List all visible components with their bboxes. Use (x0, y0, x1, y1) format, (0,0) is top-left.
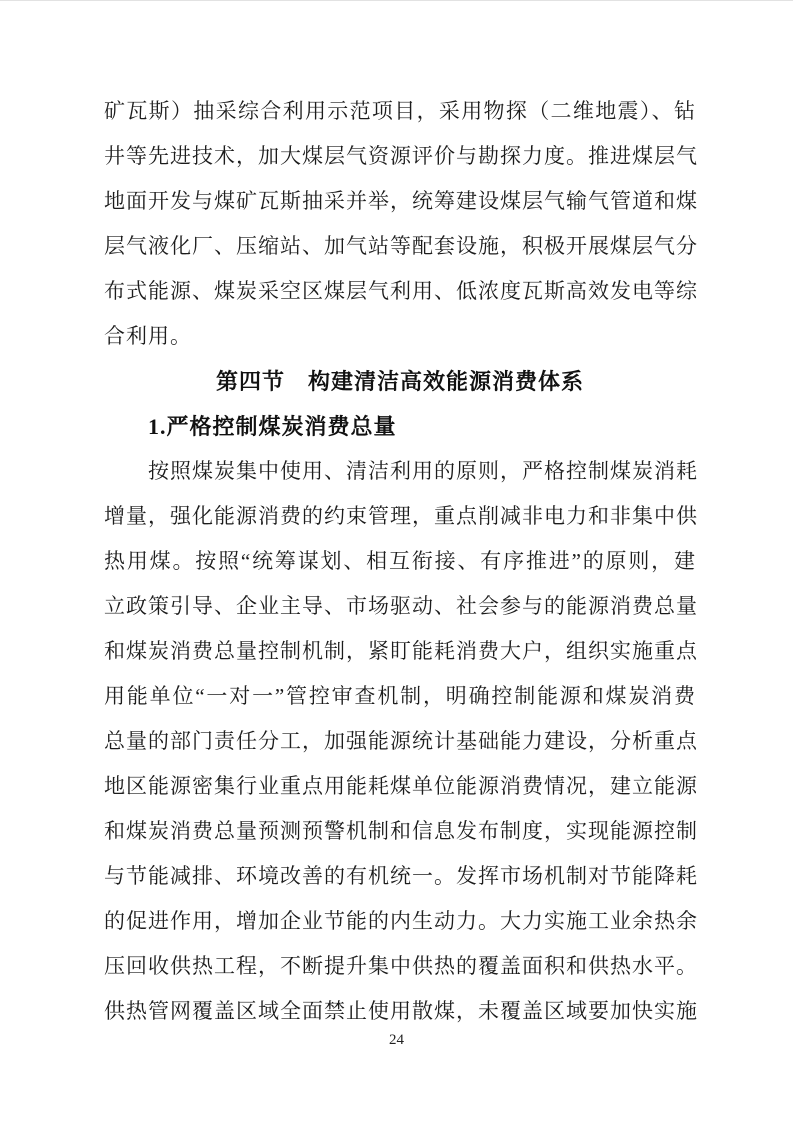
text-line: 布式能源、煤炭采空区煤层气利用、低浓度瓦斯高效发电等综 (104, 269, 696, 314)
text-line: 井等先进技术，加大煤层气资源评价与勘探力度。推进煤层气 (104, 134, 696, 179)
text-line: 和煤炭消费总量控制机制，紧盯能耗消费大户，组织实施重点 (104, 629, 696, 674)
text-line: 热用煤。按照“统筹谋划、相互衔接、有序推进”的原则，建 (104, 539, 696, 584)
text-line: 矿瓦斯）抽采综合利用示范项目，采用物探（二维地震）、钻 (104, 89, 696, 134)
text-line: 增量，强化能源消费的约束管理，重点削减非电力和非集中供 (104, 494, 696, 539)
text-line: 压回收供热工程，不断提升集中供热的覆盖面积和供热水平。 (104, 944, 696, 989)
text-line: 地面开发与煤矿瓦斯抽采并举，统筹建设煤层气输气管道和煤 (104, 179, 696, 224)
page-content: 矿瓦斯）抽采综合利用示范项目，采用物探（二维地震）、钻 井等先进技术，加大煤层气… (104, 89, 696, 1034)
text-line: 按照煤炭集中使用、清洁利用的原则，严格控制煤炭消耗 (104, 449, 696, 494)
text-line: 的促进作用，增加企业节能的内生动力。大力实施工业余热余 (104, 899, 696, 944)
text-line: 合利用。 (104, 314, 696, 359)
subsection-heading: 1.严格控制煤炭消费总量 (104, 404, 696, 449)
paragraph-continuation: 矿瓦斯）抽采综合利用示范项目，采用物探（二维地震）、钻 井等先进技术，加大煤层气… (104, 89, 696, 359)
section-heading: 第四节 构建清洁高效能源消费体系 (104, 359, 696, 404)
text-line: 与节能减排、环境改善的有机统一。发挥市场机制对节能降耗 (104, 854, 696, 899)
text-line: 层气液化厂、压缩站、加气站等配套设施，积极开展煤层气分 (104, 224, 696, 269)
text-line: 用能单位“一对一”管控审查机制，明确控制能源和煤炭消费 (104, 674, 696, 719)
page-number: 24 (0, 1032, 793, 1049)
paragraph-body: 按照煤炭集中使用、清洁利用的原则，严格控制煤炭消耗 增量，强化能源消费的约束管理… (104, 449, 696, 1034)
text-line: 供热管网覆盖区域全面禁止使用散煤，未覆盖区域要加快实施 (104, 989, 696, 1034)
document-page: 矿瓦斯）抽采综合利用示范项目，采用物探（二维地震）、钻 井等先进技术，加大煤层气… (0, 0, 793, 1122)
text-line: 总量的部门责任分工，加强能源统计基础能力建设，分析重点 (104, 719, 696, 764)
text-line: 地区能源密集行业重点用能耗煤单位能源消费情况，建立能源 (104, 764, 696, 809)
text-line: 立政策引导、企业主导、市场驱动、社会参与的能源消费总量 (104, 584, 696, 629)
text-line: 和煤炭消费总量预测预警机制和信息发布制度，实现能源控制 (104, 809, 696, 854)
